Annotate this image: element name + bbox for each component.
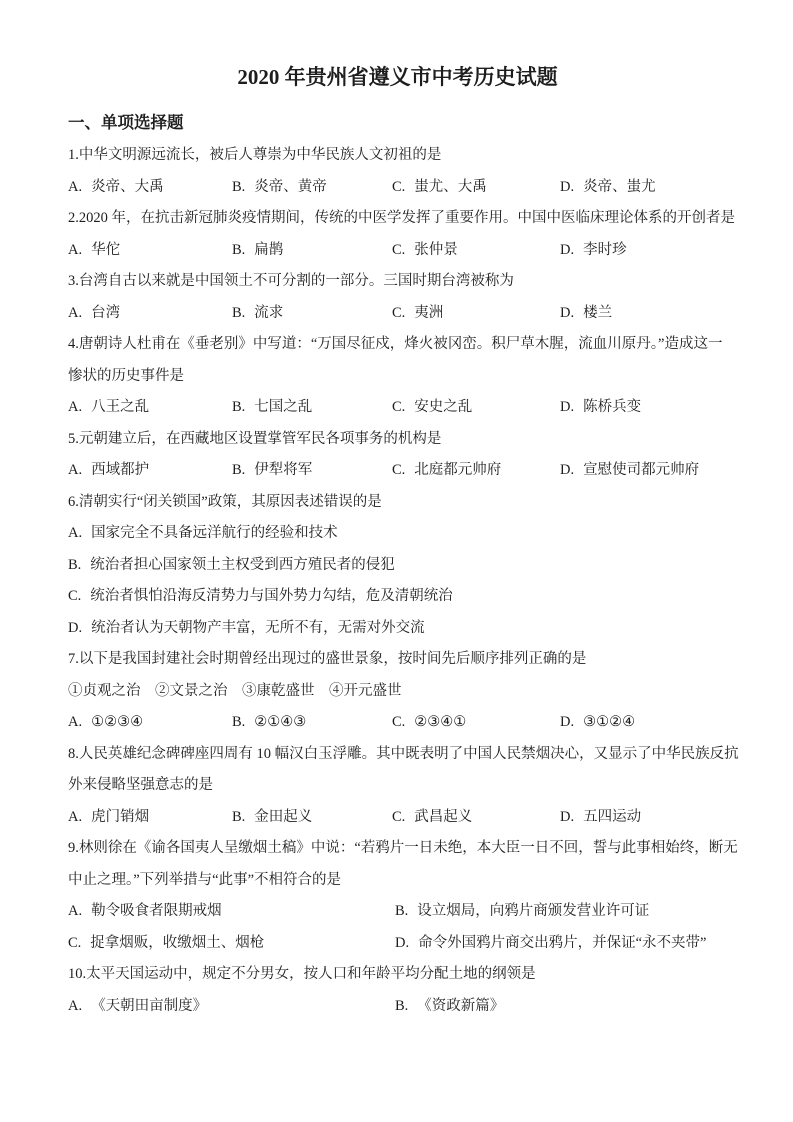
option-label: A. [68, 455, 82, 487]
option-a: A.西域都护 [68, 455, 232, 487]
question-4: 4.唐朝诗人杜甫在《垂老别》中写道：“万国尽征戍，烽火被冈峦。积尸草木腥，流血川… [68, 329, 727, 424]
option-text: 五四运动 [583, 809, 641, 825]
question-2: 2.2020 年，在抗击新冠肺炎疫情期间，传统的中医学发挥了重要作用。中国中医临… [68, 203, 727, 266]
question-text: 2.2020 年，在抗击新冠肺炎疫情期间，传统的中医学发挥了重要作用。中国中医临… [68, 203, 727, 235]
option-a: A.勒令吸食者限期戒烟 [68, 896, 395, 928]
option-label: B. [232, 455, 245, 487]
option-a: A.华佗 [68, 235, 232, 267]
option-label: A. [68, 991, 82, 1023]
option-text: ②①④③ [254, 714, 306, 730]
option-d: D.陈桥兵变 [560, 392, 727, 424]
option-d: D.楼兰 [560, 298, 727, 330]
option-label: B. [68, 550, 81, 582]
option-text: 统治者认为天朝物产丰富，无所不有，无需对外交流 [91, 620, 425, 636]
question-text: 5.元朝建立后，在西藏地区设置掌管军民各项事务的机构是 [68, 424, 727, 456]
option-label: D. [560, 298, 574, 330]
options-row: A.华佗 B.扁鹊 C.张仲景 D.李时珍 [68, 235, 727, 267]
option-a: A.台湾 [68, 298, 232, 330]
option-label: B. [232, 802, 245, 834]
question-1: 1.中华文明源远流长，被后人尊崇为中华民族人文初祖的是 A.炎帝、大禹 B.炎帝… [68, 140, 727, 203]
question-text: 6.清朝实行“闭关锁国”政策，其原因表述错误的是 [68, 487, 727, 519]
document-title: 2020 年贵州省遵义市中考历史试题 [68, 62, 727, 92]
question-text: 惨状的历史事件是 [68, 361, 727, 393]
option-text: 安史之乱 [414, 399, 472, 415]
option-label: C. [392, 298, 405, 330]
option-label: B. [232, 392, 245, 424]
options-row: A.虎门销烟 B.金田起义 C.武昌起义 D.五四运动 [68, 802, 727, 834]
option-c: C.捉拿烟贩，收缴烟土、烟枪 [68, 928, 395, 960]
options-row: A.《天朝田亩制度》 B.《资政新篇》 [68, 991, 727, 1023]
option-text: 勒令吸食者限期戒烟 [91, 903, 222, 919]
option-label: D. [68, 613, 82, 645]
option-text: 统治者担心国家领土主权受到西方殖民者的侵犯 [90, 557, 395, 573]
options-row: C.捉拿烟贩，收缴烟土、烟枪 D.命令外国鸦片商交出鸦片，并保证“永不夹带” [68, 928, 727, 960]
option-label: A. [68, 172, 82, 204]
option-label: D. [560, 235, 574, 267]
option-text: 金田起义 [254, 809, 312, 825]
options-row: A.台湾 B.流求 C.夷洲 D.楼兰 [68, 298, 727, 330]
option-text: 伊犁将军 [254, 462, 312, 478]
option-a: A.虎门销烟 [68, 802, 232, 834]
option-b: B.②①④③ [232, 707, 392, 739]
option-label: B. [395, 991, 408, 1023]
option-a: A.①②③④ [68, 707, 232, 739]
option-text: ①②③④ [91, 714, 143, 730]
option-c: C.统治者惧怕沿海反清势力与国外势力勾结，危及清朝统治 [68, 581, 727, 613]
option-d: D.五四运动 [560, 802, 727, 834]
option-c: C.安史之乱 [392, 392, 560, 424]
option-b: B.流求 [232, 298, 392, 330]
option-text: 七国之乱 [254, 399, 312, 415]
option-label: D. [560, 392, 574, 424]
question-9: 9.林则徐在《谕各国夷人呈缴烟土稿》中说：“若鸦片一日未绝，本大臣一日不回，誓与… [68, 833, 727, 959]
option-b: B.七国之乱 [232, 392, 392, 424]
option-text: 国家完全不具备远洋航行的经验和技术 [91, 525, 338, 541]
option-label: C. [392, 707, 405, 739]
option-text: 李时珍 [583, 242, 627, 258]
option-text: 夷洲 [414, 305, 443, 321]
option-b: B.统治者担心国家领土主权受到西方殖民者的侵犯 [68, 550, 727, 582]
question-6: 6.清朝实行“闭关锁国”政策，其原因表述错误的是 A.国家完全不具备远洋航行的经… [68, 487, 727, 645]
option-text: ③①②④ [583, 714, 635, 730]
document-page: 2020 年贵州省遵义市中考历史试题 一、单项选择题 1.中华文明源远流长，被后… [0, 0, 793, 1122]
option-text: 陈桥兵变 [583, 399, 641, 415]
question-text: 中止之理。”下列举措与“此事”不相符合的是 [68, 865, 727, 897]
option-label: D. [560, 802, 574, 834]
option-text: 炎帝、黄帝 [254, 179, 327, 195]
option-text: 《资政新篇》 [417, 998, 504, 1014]
option-label: A. [68, 707, 82, 739]
option-text: 统治者惧怕沿海反清势力与国外势力勾结，危及清朝统治 [90, 588, 453, 604]
option-text: 命令外国鸦片商交出鸦片，并保证“永不夹带” [418, 935, 706, 951]
option-d: D.炎帝、蚩尤 [560, 172, 727, 204]
option-c: C.蚩尤、大禹 [392, 172, 560, 204]
option-label: D. [560, 455, 574, 487]
option-text: 炎帝、蚩尤 [583, 179, 656, 195]
option-d: D.李时珍 [560, 235, 727, 267]
option-text: 武昌起义 [414, 809, 472, 825]
option-b: B.设立烟局，向鸦片商颁发营业许可证 [395, 896, 727, 928]
option-label: A. [68, 298, 82, 330]
section-heading: 一、单项选择题 [68, 109, 727, 136]
option-d: D.命令外国鸦片商交出鸦片，并保证“永不夹带” [395, 928, 727, 960]
question-text: 7.以下是我国封建社会时期曾经出现过的盛世景象，按时间先后顺序排列正确的是 [68, 644, 727, 676]
option-label: A. [68, 235, 82, 267]
option-label: A. [68, 802, 82, 834]
option-text: 蚩尤、大禹 [414, 179, 487, 195]
question-text: 8.人民英雄纪念碑碑座四周有 10 幅汉白玉浮雕。其中既表明了中国人民禁烟决心，… [68, 739, 727, 771]
question-text: 外来侵略坚强意志的是 [68, 770, 727, 802]
option-label: B. [232, 298, 245, 330]
option-c: C.张仲景 [392, 235, 560, 267]
question-text: 3.台湾自古以来就是中国领土不可分割的一部分。三国时期台湾被称为 [68, 266, 727, 298]
option-text: 流求 [254, 305, 283, 321]
option-text: 张仲景 [414, 242, 458, 258]
options-row: A.①②③④ B.②①④③ C.②③④① D.③①②④ [68, 707, 727, 739]
option-label: C. [392, 172, 405, 204]
option-label: A. [68, 392, 82, 424]
option-b: B.扁鹊 [232, 235, 392, 267]
options-row: A.八王之乱 B.七国之乱 C.安史之乱 D.陈桥兵变 [68, 392, 727, 424]
option-label: A. [68, 518, 82, 550]
option-text: ②③④① [414, 714, 466, 730]
question-text: 9.林则徐在《谕各国夷人呈缴烟土稿》中说：“若鸦片一日未绝，本大臣一日不回，誓与… [68, 833, 727, 865]
options-row: A.勒令吸食者限期戒烟 B.设立烟局，向鸦片商颁发营业许可证 [68, 896, 727, 928]
option-label: C. [392, 235, 405, 267]
option-label: D. [560, 172, 574, 204]
option-d: D.宣慰使司都元帅府 [560, 455, 727, 487]
question-text: 10.太平天国运动中，规定不分男女，按人口和年龄平均分配土地的纲领是 [68, 959, 727, 991]
option-a: A.八王之乱 [68, 392, 232, 424]
option-text: 西域都护 [91, 462, 149, 478]
option-label: D. [560, 707, 574, 739]
option-c: C.夷洲 [392, 298, 560, 330]
option-d: D.统治者认为天朝物产丰富，无所不有，无需对外交流 [68, 613, 727, 645]
question-10: 10.太平天国运动中，规定不分男女，按人口和年龄平均分配土地的纲领是 A.《天朝… [68, 959, 727, 1022]
option-b: B.金田起义 [232, 802, 392, 834]
option-a: A.炎帝、大禹 [68, 172, 232, 204]
option-text: 炎帝、大禹 [91, 179, 164, 195]
option-text: 台湾 [91, 305, 120, 321]
option-label: C. [68, 928, 81, 960]
option-c: C.北庭都元帅府 [392, 455, 560, 487]
option-text: 虎门销烟 [91, 809, 149, 825]
option-a: A.国家完全不具备远洋航行的经验和技术 [68, 518, 727, 550]
option-b: B.伊犁将军 [232, 455, 392, 487]
question-5: 5.元朝建立后，在西藏地区设置掌管军民各项事务的机构是 A.西域都护 B.伊犁将… [68, 424, 727, 487]
option-label: D. [395, 928, 409, 960]
option-text: 捉拿烟贩，收缴烟土、烟枪 [90, 935, 264, 951]
option-b: B.炎帝、黄帝 [232, 172, 392, 204]
option-c: C.武昌起义 [392, 802, 560, 834]
question-list-items: ①贞观之治 ②文景之治 ③康乾盛世 ④开元盛世 [68, 676, 727, 708]
option-text: 扁鹊 [254, 242, 283, 258]
option-text: 《天朝田亩制度》 [91, 998, 207, 1014]
option-text: 八王之乱 [91, 399, 149, 415]
question-3: 3.台湾自古以来就是中国领土不可分割的一部分。三国时期台湾被称为 A.台湾 B.… [68, 266, 727, 329]
question-7: 7.以下是我国封建社会时期曾经出现过的盛世景象，按时间先后顺序排列正确的是 ①贞… [68, 644, 727, 739]
option-text: 设立烟局，向鸦片商颁发营业许可证 [417, 903, 649, 919]
option-a: A.《天朝田亩制度》 [68, 991, 395, 1023]
option-text: 华佗 [91, 242, 120, 258]
option-label: C. [392, 392, 405, 424]
option-label: B. [232, 707, 245, 739]
option-label: B. [232, 235, 245, 267]
option-text: 楼兰 [583, 305, 612, 321]
question-text: 4.唐朝诗人杜甫在《垂老别》中写道：“万国尽征戍，烽火被冈峦。积尸草木腥，流血川… [68, 329, 727, 361]
option-d: D.③①②④ [560, 707, 727, 739]
option-label: C. [392, 802, 405, 834]
option-label: C. [392, 455, 405, 487]
option-c: C.②③④① [392, 707, 560, 739]
option-text: 北庭都元帅府 [414, 462, 501, 478]
option-b: B.《资政新篇》 [395, 991, 727, 1023]
option-label: B. [395, 896, 408, 928]
option-label: C. [68, 581, 81, 613]
options-row: A.炎帝、大禹 B.炎帝、黄帝 C.蚩尤、大禹 D.炎帝、蚩尤 [68, 172, 727, 204]
question-text: 1.中华文明源远流长，被后人尊崇为中华民族人文初祖的是 [68, 140, 727, 172]
options-row: A.西域都护 B.伊犁将军 C.北庭都元帅府 D.宣慰使司都元帅府 [68, 455, 727, 487]
option-text: 宣慰使司都元帅府 [583, 462, 699, 478]
option-label: B. [232, 172, 245, 204]
option-label: A. [68, 896, 82, 928]
question-8: 8.人民英雄纪念碑碑座四周有 10 幅汉白玉浮雕。其中既表明了中国人民禁烟决心，… [68, 739, 727, 834]
